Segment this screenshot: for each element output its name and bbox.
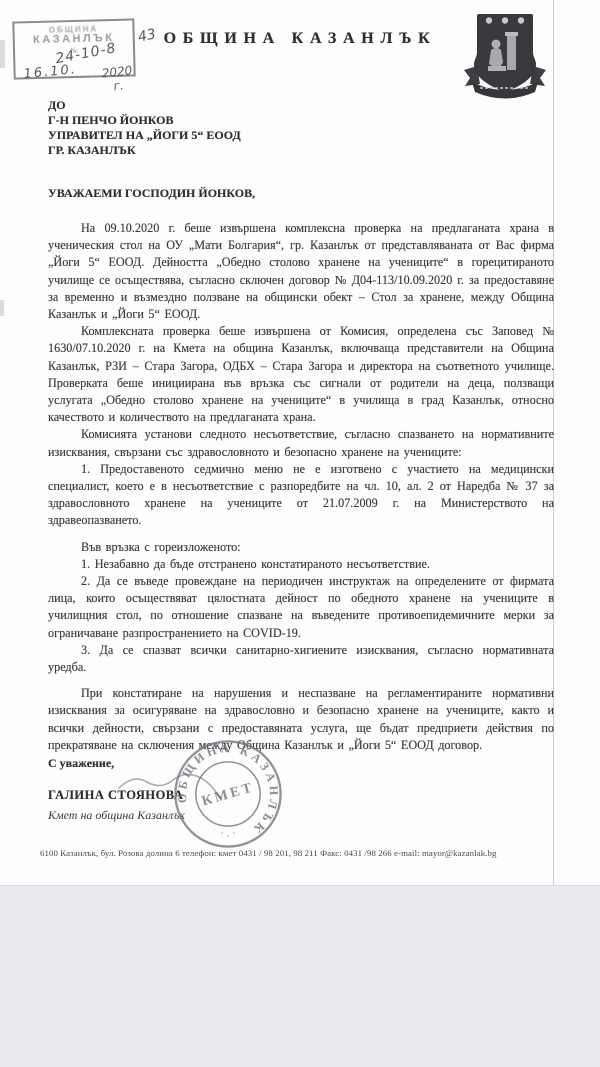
closing-phrase: С уважение, — [48, 756, 114, 771]
scan-smudge — [0, 40, 5, 68]
mayor-round-seal: ОБЩИНА КАЗАНЛЪК КМЕТ · . · — [172, 738, 284, 850]
recipient-line-role: УПРАВИТЕЛ НА „ЙОГИ 5“ ЕООД — [48, 128, 241, 143]
body-paragraph: На 09.10.2020 г. беше извършена комплекс… — [48, 220, 554, 323]
recipient-line-city: ГР. КАЗАНЛЪК — [48, 143, 241, 158]
kazanlak-coat-of-arms-icon — [460, 10, 550, 105]
signer-title: Кмет на община Казанлък — [48, 808, 185, 823]
page-title: ОБЩИНА КАЗАНЛЪК — [110, 30, 490, 48]
salutation: УВАЖАЕМИ ГОСПОДИН ЙОНКОВ, — [48, 186, 255, 201]
body-paragraph-item: 2. Да се въведе провеждане на периодичен… — [48, 573, 554, 642]
body-paragraph: Комплексната проверка беше извършена от … — [48, 323, 554, 426]
stamp-handwritten-year: 2020 г. — [100, 63, 135, 94]
stamp-handwritten-date: 16.10. — [23, 62, 78, 82]
letterhead-footer: 6100 Казанлък, бул. Розова долина 6 теле… — [40, 848, 560, 858]
incoming-registration-stamp: ОБЩИНА КАЗАНЛЪК № 24-10-8 16.10. 2020 г. — [12, 18, 135, 79]
body-paragraph-item: 1. Незабавно да бъде отстранено констати… — [48, 556, 554, 573]
seal-bottom-dots: · . · — [220, 827, 235, 839]
body-paragraph: 1. Предоставеното седмично меню не е изг… — [48, 461, 554, 530]
signer-name: ГАЛИНА СТОЯНОВА — [48, 788, 183, 803]
scanned-letter-page: ОБЩИНА КАЗАНЛЪК № 24-10-8 16.10. 2020 г.… — [0, 0, 600, 1067]
recipient-line-name: Г-Н ПЕНЧО ЙОНКОВ — [48, 113, 241, 128]
scan-smudge — [0, 300, 4, 316]
body-paragraph-item: 3. Да се спазват всички санитарно-хигиен… — [48, 642, 554, 676]
body-paragraph: Комисията установи следното несъответств… — [48, 426, 554, 460]
seal-center-text: КМЕТ — [200, 779, 256, 809]
recipient-block: ДО Г-Н ПЕНЧО ЙОНКОВ УПРАВИТЕЛ НА „ЙОГИ 5… — [48, 98, 241, 158]
document-paper: ОБЩИНА КАЗАНЛЪК № 24-10-8 16.10. 2020 г.… — [0, 0, 600, 886]
letter-body: На 09.10.2020 г. беше извършена комплекс… — [48, 220, 554, 754]
recipient-line-to: ДО — [48, 98, 241, 113]
body-paragraph: При констатиране на нарушения и неспазва… — [48, 685, 554, 754]
body-paragraph: Във връзка с гореизложеното: — [48, 539, 554, 556]
